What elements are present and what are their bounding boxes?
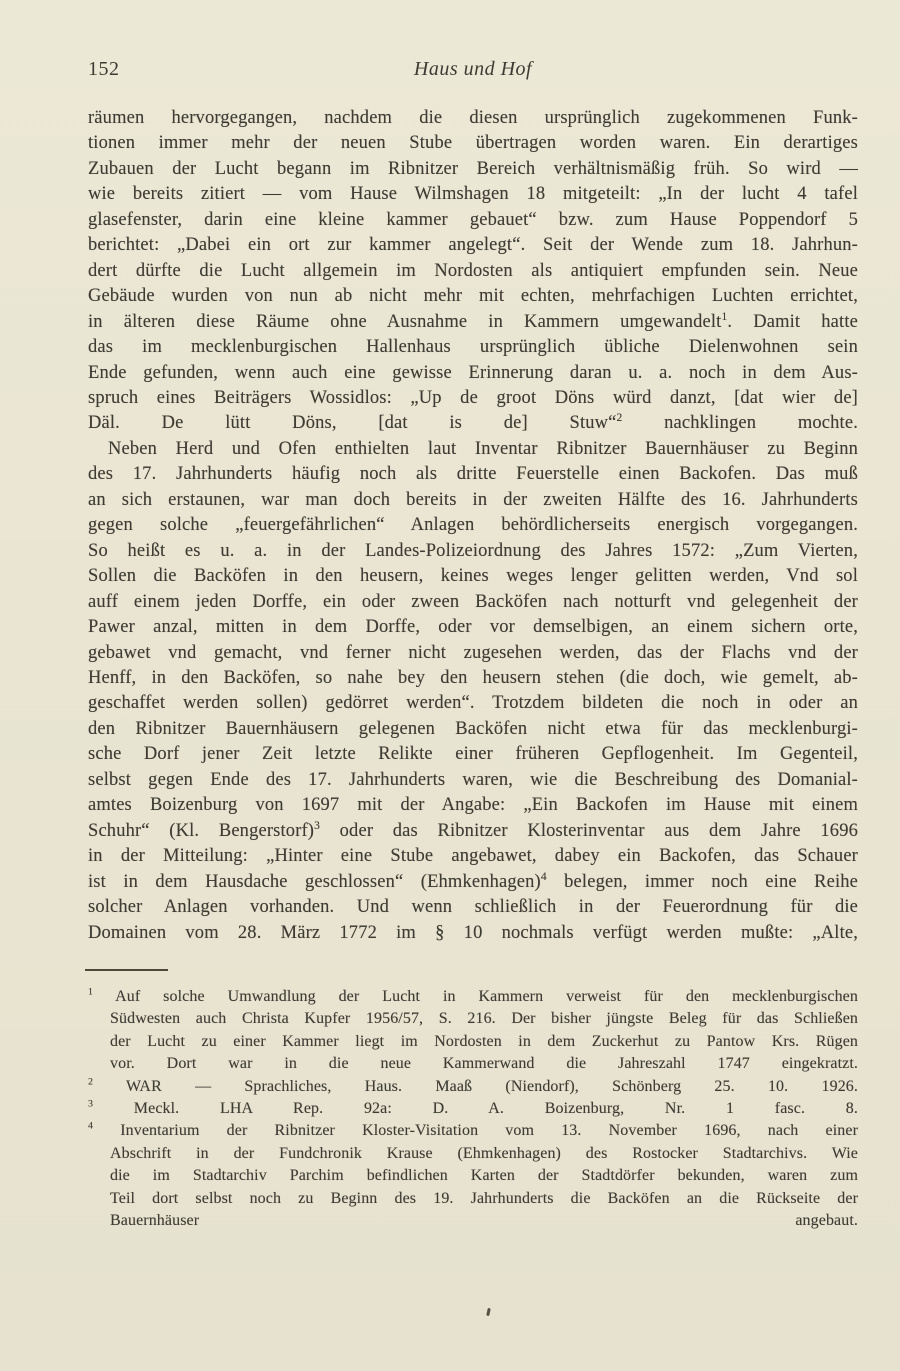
text-line: gebawet vnd gemacht, vnd ferner nicht zu… — [88, 641, 858, 666]
footnote-ref: 2 — [88, 1076, 93, 1087]
text-line: Zubauen der Lucht begann im Ribnitzer Be… — [88, 157, 858, 182]
footnote-ref: 4 — [88, 1121, 93, 1132]
text-line: amtes Boizenburg von 1697 mit der Angabe… — [88, 793, 858, 818]
text-line: des 17. Jahrhunderts häufig noch als dri… — [88, 462, 858, 487]
text-line: Henff, in den Backöfen, so nahe bey den … — [88, 666, 858, 691]
text-line: Pawer anzal, mitten in dem Dorffe, oder … — [88, 615, 858, 640]
footnote-line: Südwesten auch Christa Kupfer 1956/57, S… — [110, 1008, 858, 1030]
text-line: Gebäude wurden von nun ab nicht mehr mit… — [88, 284, 858, 309]
running-title: Haus und Hof — [88, 58, 858, 81]
footnote-line: Abschrift in der Fundchronik Krause (Ehm… — [110, 1143, 858, 1165]
scan-speck — [486, 1308, 491, 1316]
footnote: 3 Meckl. LHA Rep. 92a: D. A. Boizenburg,… — [88, 1098, 858, 1120]
text-line: Domainen vom 28. März 1772 im § 10 nochm… — [88, 921, 858, 946]
footnote-ref: 2 — [617, 412, 623, 424]
text-line: den Ribnitzer Bauernhäusern gelegenen Ba… — [88, 717, 858, 742]
text-line: geschaffet werden sollen) gedörret werde… — [88, 691, 858, 716]
footnote-ref: 1 — [721, 310, 727, 322]
footnote: 2 WAR — Sprachliches, Haus. Maaß (Niendo… — [88, 1076, 858, 1098]
footnote-line: 3 Meckl. LHA Rep. 92a: D. A. Boizenburg,… — [110, 1098, 858, 1120]
footnote-ref: 3 — [314, 820, 320, 832]
page-header: 152 Haus und Hof — [88, 58, 858, 86]
text-line: ist in dem Hausdache geschlossen“ (Ehmke… — [88, 870, 858, 895]
footnote-line: 2 WAR — Sprachliches, Haus. Maaß (Niendo… — [110, 1076, 858, 1098]
text-line: auff einem jeden Dorffe, ein oder zween … — [88, 590, 858, 615]
footnote-ref: 3 — [88, 1099, 93, 1110]
footnotes-section: 1 Auf solche Umwandlung der Lucht in Kam… — [88, 986, 858, 1232]
text-line: Sollen die Backöfen in den heusern, kein… — [88, 564, 858, 589]
text-line: wie bereits zitiert — vom Hause Wilmshag… — [88, 182, 858, 207]
text-line: tionen immer mehr der neuen Stube übertr… — [88, 131, 858, 156]
footnote: 1 Auf solche Umwandlung der Lucht in Kam… — [88, 986, 858, 1076]
text-line: So heißt es u. a. in der Landes-Polizeio… — [88, 539, 858, 564]
footnote-line: Teil dort selbst noch zu Beginn des 19. … — [110, 1188, 858, 1210]
text-line: Ende gefunden, wenn auch eine gewisse Er… — [88, 361, 858, 386]
text-line: spruch eines Beiträgers Wossidlos: „Up d… — [88, 386, 858, 411]
footnote-ref: 4 — [541, 870, 547, 882]
text-line: gegen solche „feuergefährlichen“ Anlagen… — [88, 513, 858, 538]
text-line: in älteren diese Räume ohne Ausnahme in … — [88, 310, 858, 335]
body-text: räumen hervorgegangen, nachdem die diese… — [88, 106, 858, 946]
footnote-line: der Lucht zu einer Kammer liegt im Nordo… — [110, 1031, 858, 1053]
text-line: glasefenster, darin eine kleine kammer g… — [88, 208, 858, 233]
footnote-line: Bauernhäuser angebaut. — [110, 1210, 858, 1232]
text-line: räumen hervorgegangen, nachdem die diese… — [88, 106, 858, 131]
text-line: in der Mitteilung: „Hinter eine Stube an… — [88, 844, 858, 869]
footnote-line: 1 Auf solche Umwandlung der Lucht in Kam… — [110, 986, 858, 1008]
footnote-ref: 1 — [88, 987, 93, 998]
text-line: solcher Anlagen vorhanden. Und wenn schl… — [88, 895, 858, 920]
text-line: Schuhr“ (Kl. Bengerstorf)3 oder das Ribn… — [88, 819, 858, 844]
book-page: 152 Haus und Hof räumen hervorgegangen, … — [0, 0, 900, 1371]
footnote-separator — [85, 969, 168, 971]
text-line: berichtet: „Dabei ein ort zur kammer ang… — [88, 233, 858, 258]
text-line: an sich erstaunen, war man doch bereits … — [88, 488, 858, 513]
footnote-line: die im Stadtarchiv Parchim befindlichen … — [110, 1165, 858, 1187]
footnote-line: 4 Inventarium der Ribnitzer Kloster-Visi… — [110, 1120, 858, 1142]
text-line: Däl. De lütt Döns, [dat is de] Stuw“2 na… — [88, 411, 858, 436]
footnote: 4 Inventarium der Ribnitzer Kloster-Visi… — [88, 1120, 858, 1232]
text-line: dert dürfte die Lucht allgemein im Nordo… — [88, 259, 858, 284]
text-line: das im mecklenburgischen Hallenhaus ursp… — [88, 335, 858, 360]
text-line: sche Dorf jener Zeit letzte Relikte eine… — [88, 742, 858, 767]
footnote-line: vor. Dort war in die neue Kammerwand die… — [110, 1053, 858, 1075]
text-line: Neben Herd und Ofen enthielten laut Inve… — [88, 437, 858, 462]
text-line: selbst gegen Ende des 17. Jahrhunderts w… — [88, 768, 858, 793]
